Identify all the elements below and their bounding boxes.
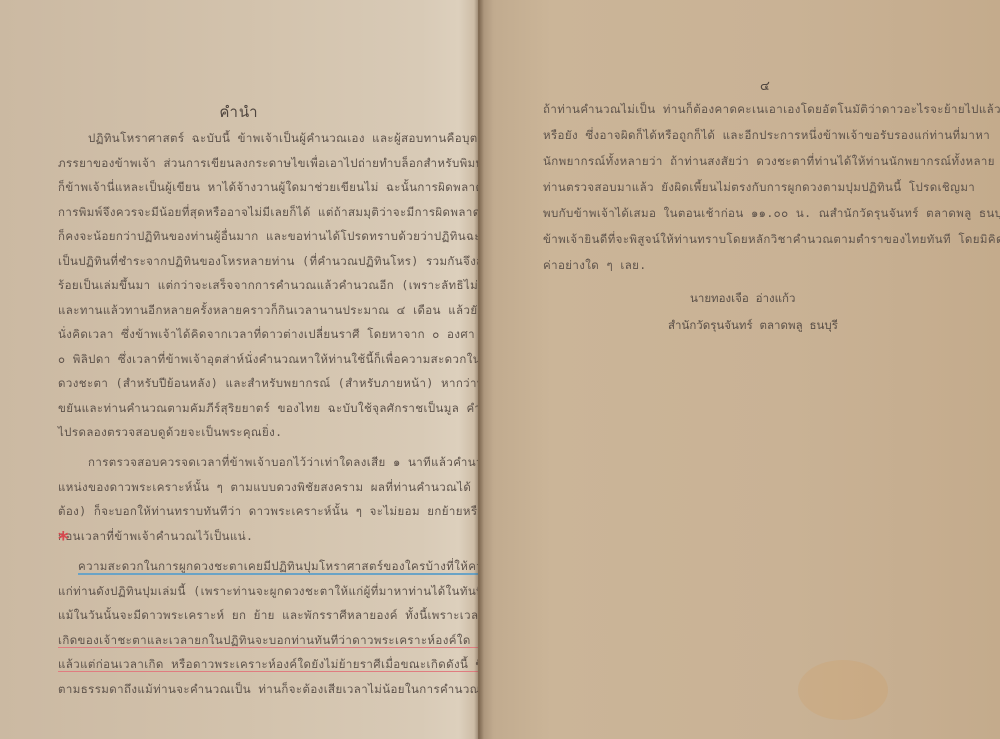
signature-affiliation: สำนักวัดรุนจันทร์ ตลาดพลู ธนบุรี bbox=[668, 317, 838, 335]
paragraph-line: ตามธรรมดาถึงแม้ท่านจะคำนวณเป็น ท่านก็จะต… bbox=[58, 681, 510, 699]
paragraph-line: ไปรดลองตรวจสอบดูด้วยจะเป็นพระคุณยิ่ง. bbox=[58, 424, 282, 442]
paragraph-line: ข้าพเจ้ายินดีที่จะพิสูจน์ให้ท่านทราบโดยห… bbox=[543, 231, 1000, 249]
paragraph-line: ก่อนเวลาที่ข้าพเจ้าคำนวณไว้เป็นแน่. bbox=[58, 528, 253, 546]
paragraph-line: ความสะดวกในการผูกดวงชะตาเคยมีปฏิทินปุมโห… bbox=[78, 558, 534, 576]
red-underlined-text: เกิดของเจ้าชะตาและเวลายกในปฏิทินจะบอกท่า… bbox=[58, 633, 520, 648]
paragraph-line: ค่าอย่างใด ๆ เลย. bbox=[543, 257, 647, 275]
book-spread: คำนำ ปฏิทินโหราศาสตร์ ฉะบับนี้ ข้าพเจ้าเ… bbox=[0, 0, 1000, 739]
paragraph-line: นักพยากรณ์ทั้งหลายว่า ถ้าท่านสงสัยว่า ดว… bbox=[543, 153, 995, 171]
paragraph-line: เกิดของเจ้าชะตาและเวลายกในปฏิทินจะบอกท่า… bbox=[58, 632, 520, 650]
paragraph-line: การตรวจสอบควรจดเวลาที่ข้าพเจ้าบอกไว้ว่าเ… bbox=[88, 454, 523, 472]
paragraph-line: ท่านตรวจสอบมาแล้ว ยังผิดเพี้ยนไม่ตรงกับก… bbox=[543, 179, 975, 197]
red-asterisk-mark: * bbox=[58, 527, 68, 551]
paragraph-line: ร้อยเป็นเล่มขึ้นมา แต่กว่าจะเสร็จจากการค… bbox=[58, 277, 522, 295]
signature-name: นายทองเจือ อ่างแก้ว bbox=[690, 290, 795, 308]
paper-stain bbox=[798, 660, 888, 720]
paragraph-line: เป็นปฏิทินที่ชำระจากปฏิทินของโหรหลายท่าน… bbox=[58, 253, 534, 271]
blue-underlined-text: ความสะดวกในการผูกดวงชะตาเคยมีปฏิทินปุมโห… bbox=[78, 559, 534, 575]
red-underlined-text: แล้วแต่ก่อนเวลาเกิด หรือดาวพระเคราะห์องค… bbox=[58, 657, 490, 672]
paragraph-line: ภรรยาของข้าพเจ้า ส่วนการเขียนลงกระดาษไขเ… bbox=[58, 155, 500, 173]
paragraph-line: ปฏิทินโหราศาสตร์ ฉะบับนี้ ข้าพเจ้าเป็นผู… bbox=[88, 130, 506, 148]
paragraph-line: แล้วแต่ก่อนเวลาเกิด หรือดาวพระเคราะห์องค… bbox=[58, 656, 490, 674]
paragraph-line: ถ้าท่านคำนวณไม่เป็น ท่านก็ต้องคาดคะเนเอา… bbox=[543, 101, 1000, 119]
paragraph-line: นั่งคิดเวลา ซึ่งข้าพเจ้าได้คิดจากเวลาที่… bbox=[58, 326, 527, 344]
paragraph-line: ต้อง) ก็จะบอกให้ท่านทราบทันทีว่า ดาวพระเ… bbox=[58, 503, 528, 521]
paragraph-line: แม้ในวันนั้นจะมีดาวพระเคราะห์ ยก ย้าย แล… bbox=[58, 607, 485, 625]
paragraph-line: พบกับข้าพเจ้าได้เสมอ ในตอนเช้าก่อน ๑๑.๐๐… bbox=[543, 205, 1000, 223]
page-number: ๔ bbox=[760, 75, 770, 96]
left-page: คำนำ ปฏิทินโหราศาสตร์ ฉะบับนี้ ข้าพเจ้าเ… bbox=[0, 0, 478, 739]
page-title: คำนำ bbox=[0, 100, 478, 124]
paragraph-line: ๐ พิลิปดา ซึ่งเวลาที่ข้าพเจ้าอุตส่าห์นั่… bbox=[58, 351, 516, 369]
paragraph-line: ขยันและท่านคำนวณตามคัมภีร์สุริยยาตร์ ของ… bbox=[58, 400, 543, 418]
paragraph-line: ดวงชะตา (สำหรับปีย้อนหลัง) และสำหรับพยาก… bbox=[58, 375, 500, 393]
paragraph-line: และทานแล้วทานอีกหลายครั้งหลายคราวก็กินเว… bbox=[58, 302, 520, 320]
paragraph-line: การพิมพ์จึงควรจะมีน้อยที่สุดหรืออาจไม่มี… bbox=[58, 204, 501, 222]
paragraph-line: ก็ข้าพเจ้านี่แหละเป็นผู้เขียน หาได้จ้างว… bbox=[58, 179, 498, 197]
paragraph-line: หรือยัง ซึ่งอาจผิดก็ได้หรือถูกก็ได้ และอ… bbox=[543, 127, 990, 145]
paragraph-line: แหน่งของดาวพระเคราะห์นั้น ๆ ตามแบบดวงพิช… bbox=[58, 479, 515, 497]
paragraph-line: ก็คงจะน้อยกว่าปฏิทินของท่านผู้อื่นมาก แล… bbox=[58, 228, 504, 246]
paragraph-line: แก่ท่านดังปฏิทินปุมเล่มนี้ (เพราะท่านจะผ… bbox=[58, 583, 505, 601]
book-gutter bbox=[474, 0, 484, 739]
